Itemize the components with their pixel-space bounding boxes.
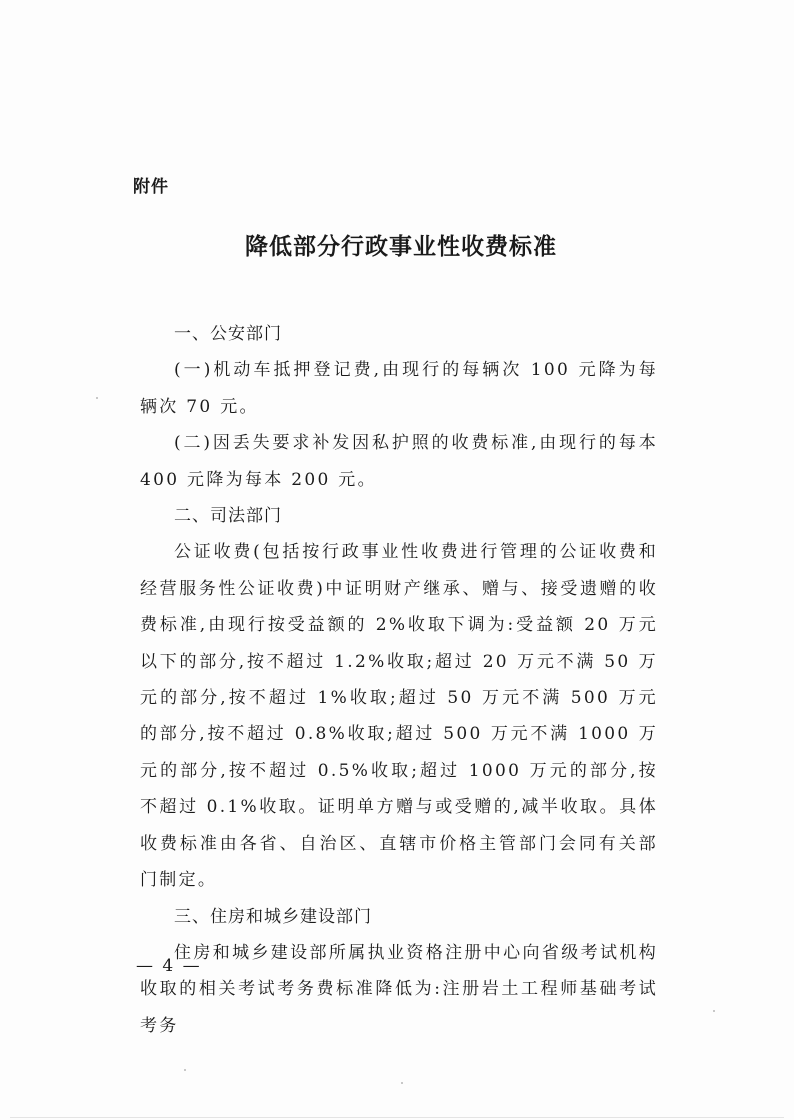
attachment-label: 附件: [133, 172, 169, 197]
paragraph-exam-fee: 住房和城乡建设部所属执业资格注册中心向省级考试机构收取的相关考试考务费标准降低为…: [140, 935, 658, 1044]
scan-speck: [184, 1069, 186, 1071]
paragraph-notary-fee: 公证收费(包括按行政事业性收费进行管理的公证收费和经营服务性公证收费)中证明财产…: [140, 534, 658, 898]
scan-speck: [713, 1010, 715, 1012]
scan-bottom-edge: [10, 1117, 784, 1118]
scan-speck: [96, 397, 98, 399]
scan-speck: [401, 1082, 403, 1084]
page-number: — 4 —: [136, 956, 202, 976]
paragraph-vehicle-mortgage-fee: (一)机动车抵押登记费,由现行的每辆次 100 元降为每辆次 70 元。: [140, 352, 658, 425]
section-heading-justice: 二、司法部门: [140, 498, 658, 534]
document-title: 降低部分行政事业性收费标准: [0, 228, 794, 261]
section-heading-public-security: 一、公安部门: [140, 316, 658, 352]
document-body: 一、公安部门 (一)机动车抵押登记费,由现行的每辆次 100 元降为每辆次 70…: [140, 316, 658, 1044]
paragraph-passport-reissue-fee: (二)因丢失要求补发因私护照的收费标准,由现行的每本 400 元降为每本 200…: [140, 425, 658, 498]
document-page: 附件 降低部分行政事业性收费标准 一、公安部门 (一)机动车抵押登记费,由现行的…: [0, 0, 794, 1120]
section-heading-housing: 三、住房和城乡建设部门: [140, 899, 658, 935]
